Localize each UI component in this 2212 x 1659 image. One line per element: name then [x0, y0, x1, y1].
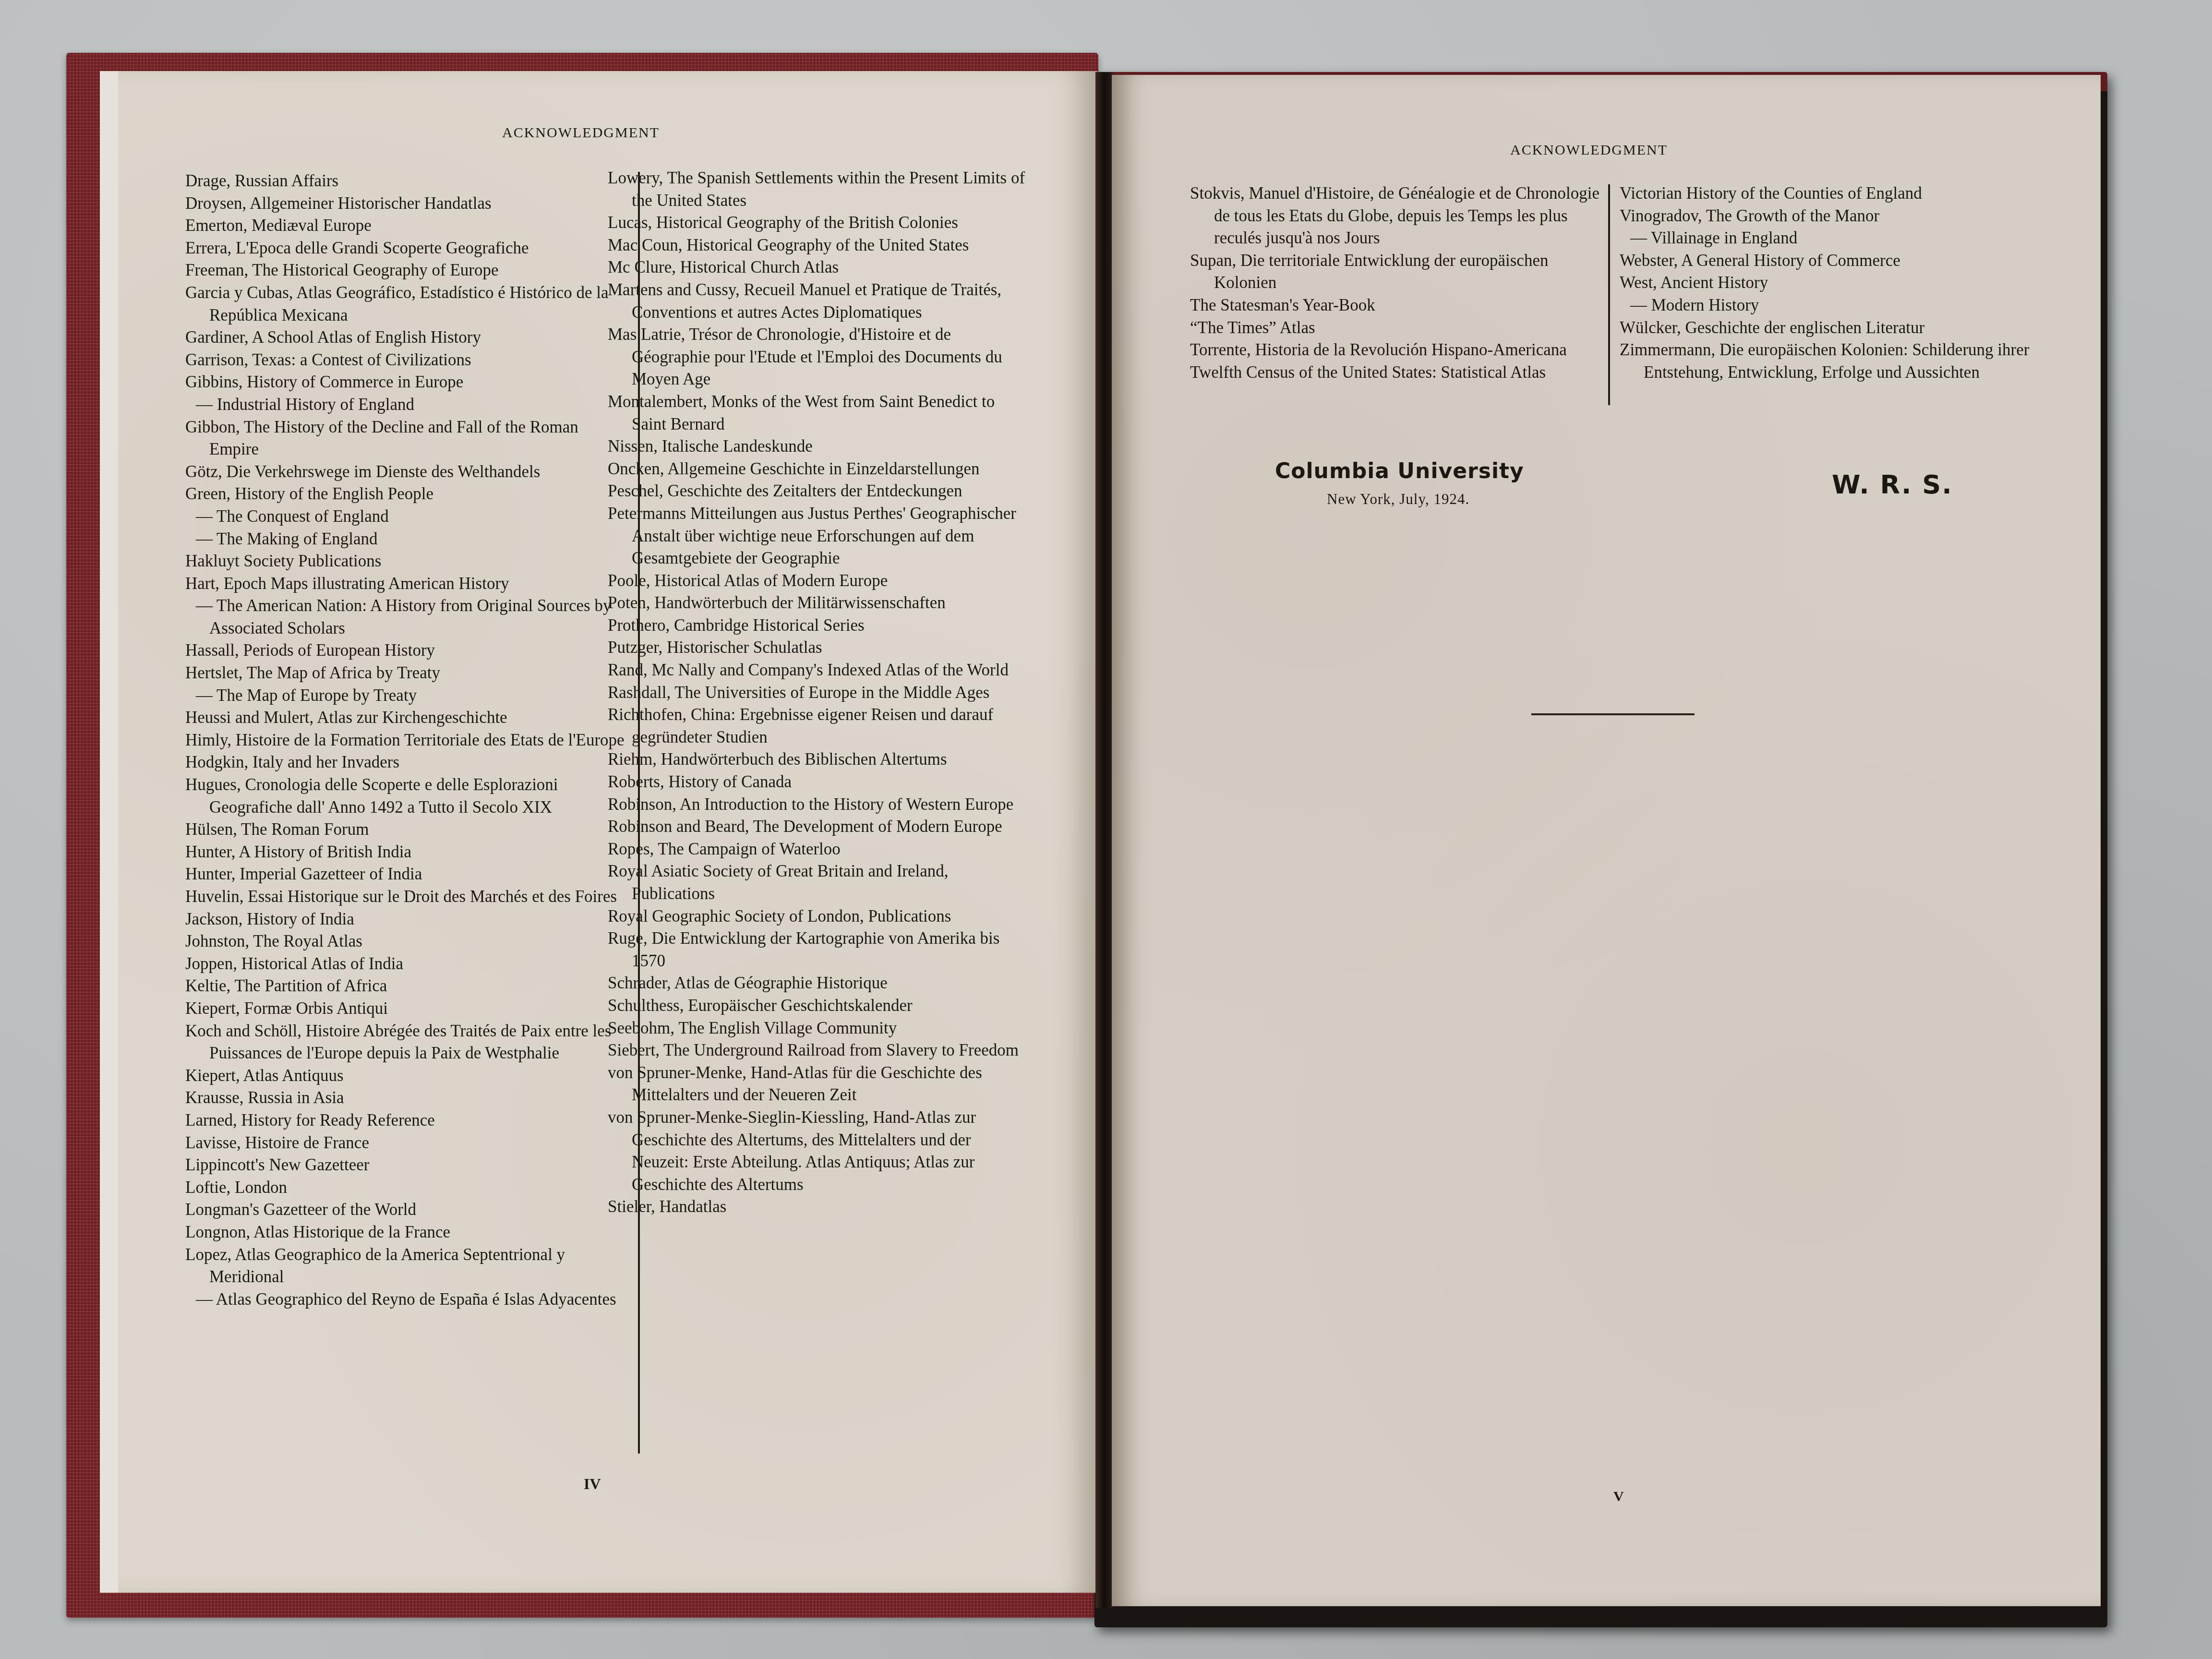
bibliography-entry: Hunter, A History of British India — [185, 841, 627, 864]
bibliography-entry: Gibbins, History of Commerce in Europe — [185, 371, 627, 394]
bibliography-entry: Garrison, Texas: a Contest of Civilizati… — [185, 349, 627, 372]
bibliography-entry: Lopez, Atlas Geographico de la America S… — [185, 1244, 627, 1288]
bibliography-entry: Hülsen, The Roman Forum — [185, 818, 627, 841]
bibliography-entry: Torrente, Historia de la Revolución Hisp… — [1190, 339, 1608, 361]
bibliography-entry: Götz, Die Verkehrswege im Dienste des We… — [185, 461, 627, 483]
bibliography-entry: Putzger, Historischer Schulatlas — [608, 637, 1030, 659]
bibliography-entry: Hakluyt Society Publications — [185, 550, 627, 573]
bibliography-entry: Oncken, Allgemeine Geschichte in Einzeld… — [608, 458, 1030, 481]
bibliography-entry: Stieler, Handatlas — [608, 1196, 1030, 1218]
bibliography-entry: Mas Latrie, Trésor de Chronologie, d'His… — [608, 324, 1030, 391]
bibliography-entry: Richthofen, China: Ergebnisse eigener Re… — [608, 704, 1030, 748]
bibliography-entry: Drage, Russian Affairs — [185, 170, 627, 192]
page-number: IV — [584, 1475, 601, 1493]
bibliography-entry: Gardiner, A School Atlas of English Hist… — [185, 326, 627, 349]
bibliography-entry: Jackson, History of India — [185, 908, 627, 931]
bibliography-entry: Heussi and Mulert, Atlas zur Kirchengesc… — [185, 707, 627, 729]
bibliography-entry: — The Making of England — [185, 528, 627, 551]
bibliography-entry: Lucas, Historical Geography of the Briti… — [608, 212, 1030, 234]
bibliography-entry: Himly, Histoire de la Formation Territor… — [185, 729, 627, 752]
bibliography-entry: Schrader, Atlas de Géographie Historique — [608, 972, 1030, 995]
bibliography-entry: Poole, Historical Atlas of Modern Europe — [608, 570, 1030, 592]
bibliography-entry: Twelfth Census of the United States: Sta… — [1190, 361, 1608, 384]
bibliography-entry: Montalembert, Monks of the West from Sai… — [608, 391, 1030, 435]
bibliography-entry: The Statesman's Year-Book — [1190, 294, 1608, 317]
bibliography-entry: Siebert, The Underground Railroad from S… — [608, 1039, 1030, 1062]
column-divider — [1608, 184, 1610, 405]
page-v: ACKNOWLEDGMENT Stokvis, Manuel d'Histoir… — [1112, 75, 2101, 1606]
bibliography-entry: Kiepert, Formæ Orbis Antiqui — [185, 998, 627, 1020]
bibliography-entry: Rashdall, The Universities of Europe in … — [608, 682, 1030, 704]
bibliography-entry: Schulthess, Europäischer Geschichtskalen… — [608, 995, 1030, 1017]
bibliography-entry: von Spruner-Menke, Hand-Atlas für die Ge… — [608, 1062, 1030, 1106]
signature-initials: W. R. S. — [1832, 469, 1953, 500]
bibliography-column-2: Victorian History of the Counties of Eng… — [1620, 182, 2042, 384]
signature-place-date: New York, July, 1924. — [1327, 491, 1469, 508]
bibliography-entry: Keltie, The Partition of Africa — [185, 975, 627, 998]
bibliography-entry: Huvelin, Essai Historique sur le Droit d… — [185, 886, 627, 908]
running-head: ACKNOWLEDGMENT — [1510, 142, 1668, 158]
bibliography-entry: Gibbon, The History of the Decline and F… — [185, 416, 627, 461]
page-iv: ACKNOWLEDGMENT Drage, Russian AffairsDro… — [118, 71, 1097, 1593]
bibliography-entry: Peschel, Geschichte des Zeitalters der E… — [608, 480, 1030, 503]
bibliography-entry: Longnon, Atlas Historique de la France — [185, 1221, 627, 1244]
bibliography-entry: West, Ancient History — [1620, 272, 2042, 294]
bibliography-entry: “The Times” Atlas — [1190, 317, 1608, 339]
bibliography-entry: Longman's Gazetteer of the World — [185, 1199, 627, 1221]
bibliography-entry: Mac Coun, Historical Geography of the Un… — [608, 234, 1030, 257]
bibliography-entry: Freeman, The Historical Geography of Eur… — [185, 259, 627, 282]
bibliography-entry: Prothero, Cambridge Historical Series — [608, 614, 1030, 637]
bibliography-entry: Mc Clure, Historical Church Atlas — [608, 256, 1030, 279]
bibliography-entry: Lippincott's New Gazetteer — [185, 1154, 627, 1177]
bibliography-entry: Royal Asiatic Society of Great Britain a… — [608, 860, 1030, 905]
flyleaf-edge — [100, 71, 118, 1593]
bibliography-entry: Hassall, Periods of European History — [185, 639, 627, 662]
bibliography-column-1: Stokvis, Manuel d'Histoire, de Généalogi… — [1190, 182, 1608, 384]
bibliography-entry: Petermanns Mitteilungen aus Justus Perth… — [608, 503, 1030, 570]
bibliography-entry: Koch and Schöll, Histoire Abrégée des Tr… — [185, 1020, 627, 1065]
bibliography-entry: Droysen, Allgemeiner Historischer Handat… — [185, 192, 627, 215]
bibliography-entry: Emerton, Mediæval Europe — [185, 215, 627, 237]
bibliography-entry: Garcia y Cubas, Atlas Geográfico, Estadí… — [185, 282, 627, 326]
bibliography-entry: Hertslet, The Map of Africa by Treaty — [185, 662, 627, 685]
bibliography-entry: Victorian History of the Counties of Eng… — [1620, 182, 2042, 205]
bibliography-column-2: Lowery, The Spanish Settlements within t… — [608, 167, 1030, 1218]
bibliography-entry: Hugues, Cronologia delle Scoperte e dell… — [185, 774, 627, 818]
bibliography-entry: Joppen, Historical Atlas of India — [185, 953, 627, 975]
signature-institution: Columbia University — [1275, 459, 1524, 483]
bibliography-entry: Green, History of the English People — [185, 483, 627, 505]
bibliography-entry: Poten, Handwörterbuch der Militärwissens… — [608, 592, 1030, 614]
bibliography-entry: — Industrial History of England — [185, 394, 627, 416]
bibliography-entry: von Spruner-Menke-Sieglin-Kiessling, Han… — [608, 1106, 1030, 1196]
bibliography-entry: Hunter, Imperial Gazetteer of India — [185, 863, 627, 886]
closing-rule — [1531, 713, 1695, 715]
bibliography-entry: Royal Geographic Society of London, Publ… — [608, 905, 1030, 928]
running-head: ACKNOWLEDGMENT — [502, 125, 660, 141]
bibliography-entry: Larned, History for Ready Reference — [185, 1109, 627, 1132]
bibliography-entry: Robinson and Beard, The Development of M… — [608, 816, 1030, 838]
bibliography-entry: Ropes, The Campaign of Waterloo — [608, 838, 1030, 861]
book-gutter — [1095, 72, 1113, 1608]
bibliography-entry: Kiepert, Atlas Antiquus — [185, 1065, 627, 1087]
bibliography-entry: — The Conquest of England — [185, 505, 627, 528]
bibliography-entry: Errera, L'Epoca delle Grandi Scoperte Ge… — [185, 237, 627, 260]
bibliography-entry: Webster, A General History of Commerce — [1620, 250, 2042, 272]
bibliography-entry: Robinson, An Introduction to the History… — [608, 793, 1030, 816]
bibliography-entry: Lowery, The Spanish Settlements within t… — [608, 167, 1030, 212]
bibliography-entry: Johnston, The Royal Atlas — [185, 930, 627, 953]
bibliography-entry: Supan, Die territoriale Entwicklung der … — [1190, 250, 1608, 294]
bibliography-entry: — The American Nation: A History from Or… — [185, 595, 627, 639]
bibliography-entry: Ruge, Die Entwicklung der Kartographie v… — [608, 927, 1030, 972]
bibliography-column-1: Drage, Russian AffairsDroysen, Allgemein… — [185, 170, 627, 1310]
bibliography-entry: — The Map of Europe by Treaty — [185, 685, 627, 707]
bibliography-entry: Krausse, Russia in Asia — [185, 1087, 627, 1109]
bibliography-entry: Martens and Cussy, Recueil Manuel et Pra… — [608, 279, 1030, 324]
bibliography-entry: Stokvis, Manuel d'Histoire, de Généalogi… — [1190, 182, 1608, 250]
bibliography-entry: Riehm, Handwörterbuch des Biblischen Alt… — [608, 748, 1030, 771]
bibliography-entry: Lavisse, Histoire de France — [185, 1132, 627, 1154]
bibliography-entry: Nissen, Italische Landeskunde — [608, 435, 1030, 458]
bibliography-entry: — Villainage in England — [1620, 227, 2042, 250]
bibliography-entry: — Atlas Geographico del Reyno de España … — [185, 1288, 627, 1311]
bibliography-entry: Hodgkin, Italy and her Invaders — [185, 751, 627, 774]
bibliography-entry: Loftie, London — [185, 1177, 627, 1199]
bibliography-entry: Roberts, History of Canada — [608, 771, 1030, 793]
bibliography-entry: Rand, Mc Nally and Company's Indexed Atl… — [608, 659, 1030, 682]
bibliography-entry: — Modern History — [1620, 294, 2042, 317]
bibliography-entry: Hart, Epoch Maps illustrating American H… — [185, 573, 627, 595]
page-number: V — [1613, 1489, 1624, 1505]
bibliography-entry: Seebohm, The English Village Community — [608, 1017, 1030, 1040]
bibliography-entry: Zimmermann, Die europäischen Kolonien: S… — [1620, 339, 2042, 384]
bibliography-entry: Wülcker, Geschichte der englischen Liter… — [1620, 317, 2042, 339]
bibliography-entry: Vinogradov, The Growth of the Manor — [1620, 205, 2042, 228]
